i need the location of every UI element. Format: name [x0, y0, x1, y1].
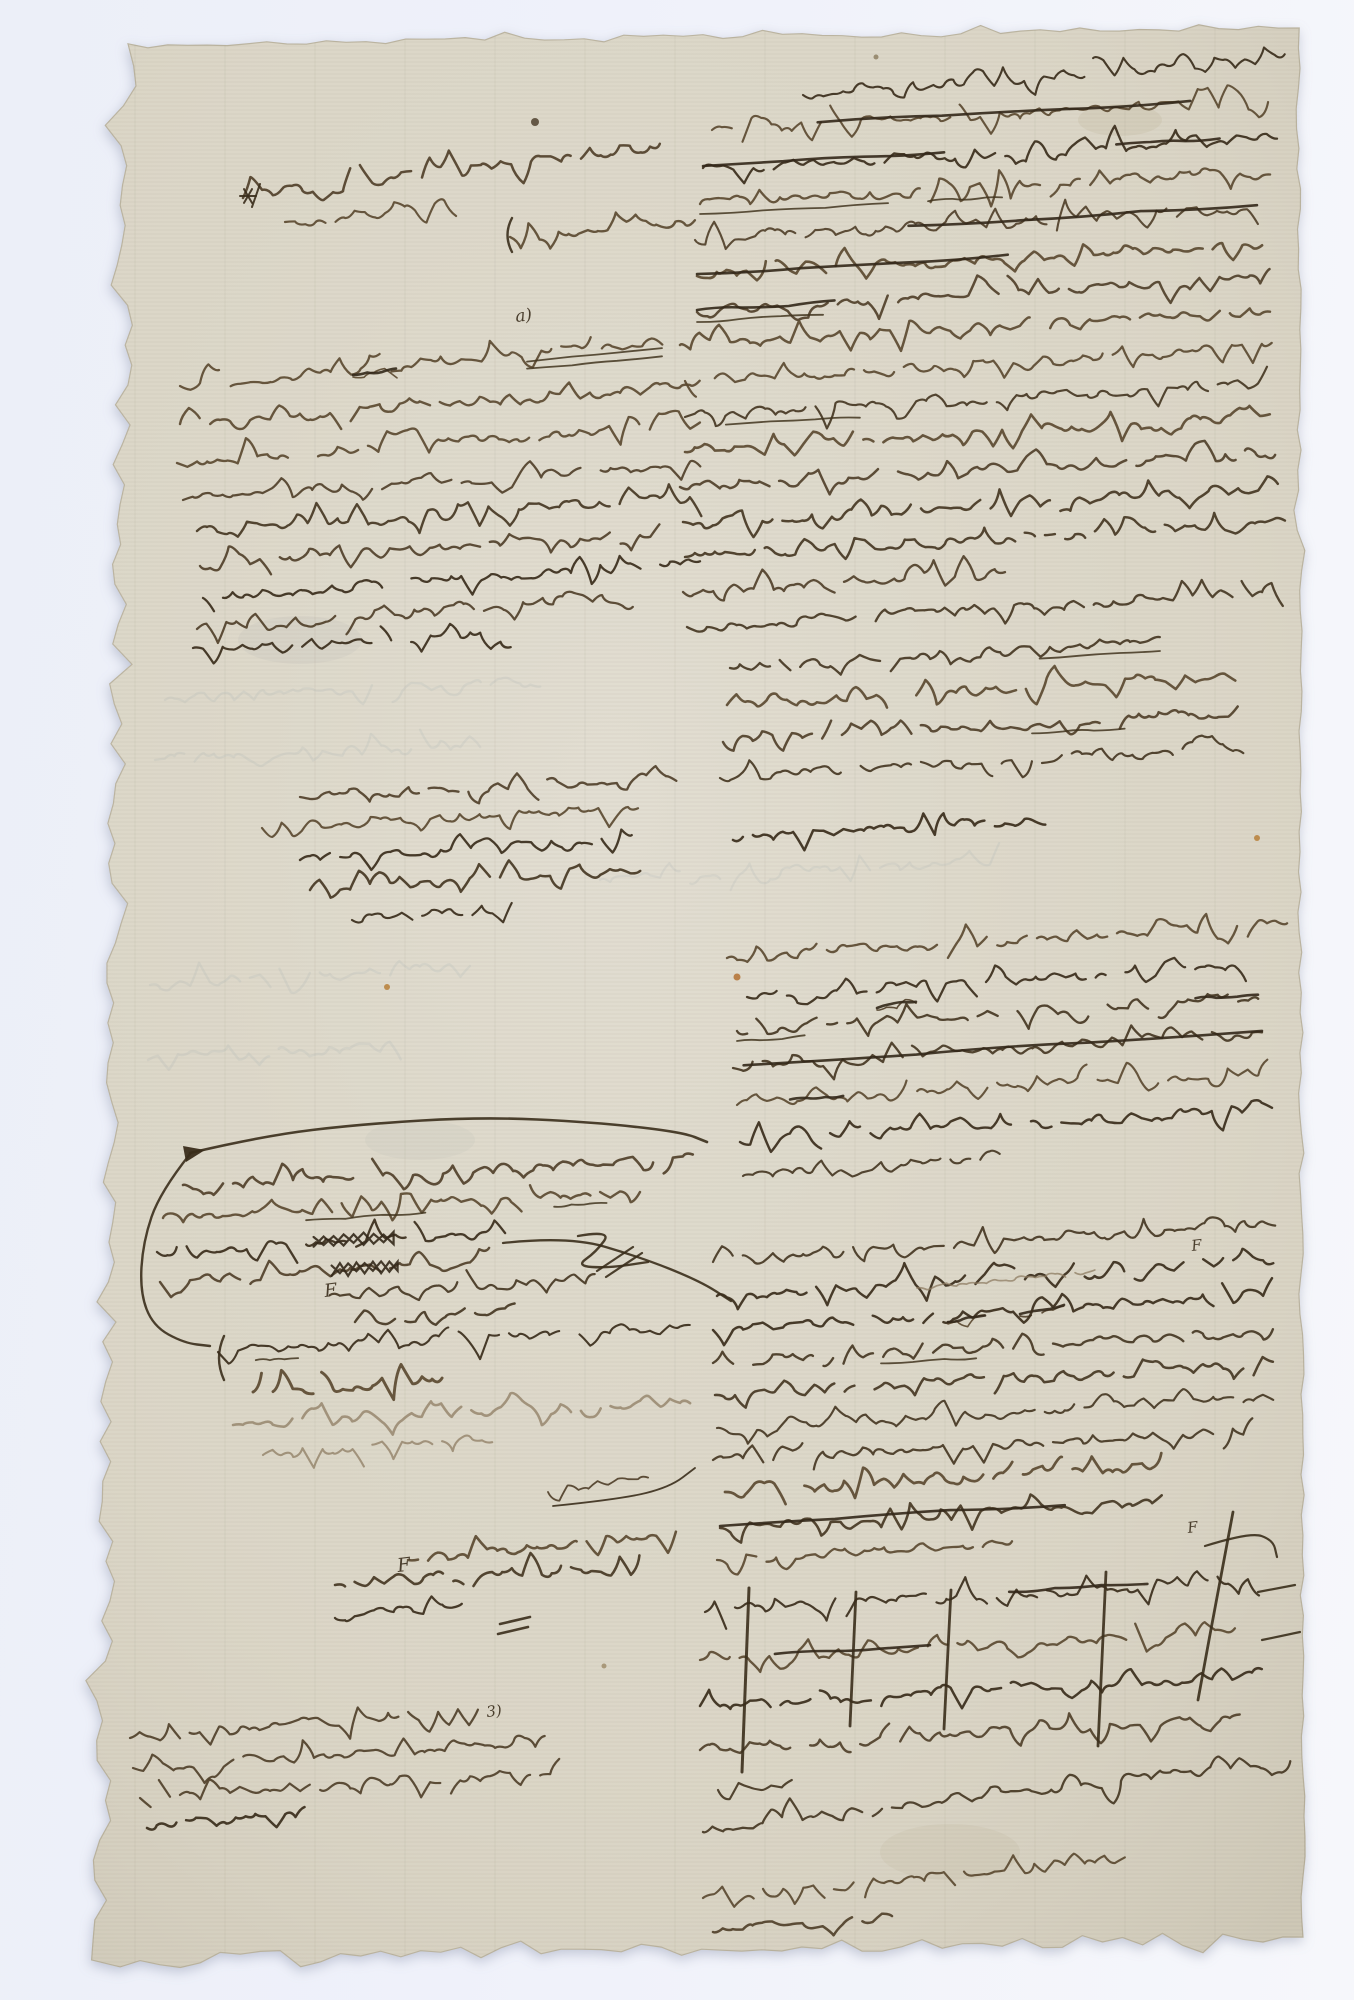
paper-texture [0, 0, 1354, 2000]
ink-speck [1254, 835, 1260, 841]
paper-sheet [0, 0, 1354, 2000]
ink-speck [602, 1664, 607, 1669]
ink-speck [531, 118, 539, 126]
note-3-mark: 3) [485, 1701, 503, 1721]
scanned-manuscript-page: a)FF3)FF A scanned single sheet of aged … [0, 0, 1354, 2000]
ink-speck [384, 984, 390, 990]
stain [365, 1120, 475, 1160]
ink-speck [734, 974, 741, 981]
ink-speck [874, 55, 879, 60]
item-a-mark: a) [514, 305, 533, 327]
manuscript-svg: a)FF3)FF [0, 0, 1354, 2000]
